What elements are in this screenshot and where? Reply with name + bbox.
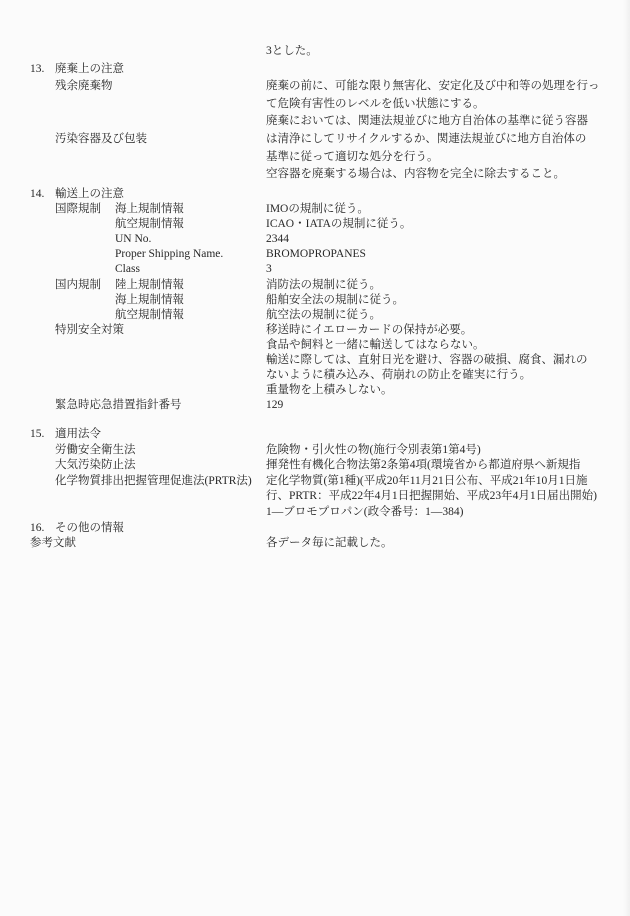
doc-line: 基準に従って適切な処分を行う。: [0, 151, 630, 169]
doc-line: 汚染容器及び包装 は清浄にしてリサイクルするか、関連法規並びに地方自治体の: [0, 133, 630, 151]
doc-line: 特別安全対策 移送時にイエローカードの保持が必要。: [0, 324, 630, 339]
value-sea-regulation-domestic: 船舶安全法の規制に従う。: [266, 294, 404, 308]
doc-line: 重量物を上積みしない。: [0, 384, 630, 399]
label-prtr-law: 化学物質排出把握管理促進法(PRTR法): [55, 475, 252, 489]
value-special-safety-measures: 移送時にイエローカードの保持が必要。: [266, 324, 472, 338]
label-special-safety-measures: 特別安全対策: [55, 324, 124, 338]
value-contaminated-container: は清浄にしてリサイクルするか、関連法規並びに地方自治体の: [266, 133, 586, 147]
doc-line: 16. その他の情報: [0, 522, 630, 538]
document-page: 3とした。 13. 廃棄上の注意 残余廃棄物 廃棄の前に、可能な限り無害化、安定…: [0, 0, 630, 916]
value-sea-regulation: IMOの規制に従う。: [266, 203, 369, 217]
value-air-pollution-control-law: 揮発性有機化合物法第2条第4項(環境省から都道府県へ新規指: [266, 459, 580, 473]
section-applicable-laws: 15. 適用法令 労働安全衛生法 危険物・引火性の物(施行令別表第1第4号) 大…: [0, 428, 630, 522]
label-residual-waste: 残余廃棄物: [55, 80, 113, 94]
value-contaminated-container: 空容器を廃棄する場合は、内容物を完全に除去すること。: [266, 168, 565, 182]
label-un-number: UN No.: [115, 233, 151, 247]
label-contaminated-container: 汚染容器及び包装: [55, 133, 147, 147]
section-16-number: 16.: [30, 522, 44, 536]
doc-line: 13. 廃棄上の注意: [0, 63, 630, 81]
value-references: 各データ毎に記載した。: [266, 537, 393, 551]
label-proper-shipping-name: Proper Shipping Name.: [115, 248, 223, 262]
doc-line: 大気汚染防止法 揮発性有機化合物法第2条第4項(環境省から都道府県へ新規指: [0, 459, 630, 475]
doc-line: UN No. 2344: [0, 233, 630, 248]
doc-line: 航空規制情報 航空法の規制に従う。: [0, 309, 630, 324]
document-body: 3とした。 13. 廃棄上の注意 残余廃棄物 廃棄の前に、可能な限り無害化、安定…: [0, 45, 630, 553]
label-air-regulation-info: 航空規制情報: [115, 309, 184, 323]
doc-line: 廃棄においては、関連法規並びに地方自治体の基準に従う容器: [0, 115, 630, 133]
value-prtr-law: 1―ブロモプロパン(政令番号：1―384): [266, 506, 463, 520]
doc-line: 残余廃棄物 廃棄の前に、可能な限り無害化、安定化及び中和等の処理を行っ: [0, 80, 630, 98]
section-13-number: 13.: [30, 63, 44, 77]
doc-line: Proper Shipping Name. BROMOPROPANES: [0, 248, 630, 263]
label-domestic-regulation: 国内規制: [55, 279, 101, 293]
doc-line: 化学物質排出把握管理促進法(PRTR法) 定化学物質(第1種)(平成20年11月…: [0, 475, 630, 491]
doc-line: 1―ブロモプロパン(政令番号：1―384): [0, 506, 630, 522]
value-class: 3: [266, 263, 272, 277]
label-references: 参考文献: [30, 537, 76, 551]
value-un-number: 2344: [266, 233, 289, 247]
value-prtr-law: 行、PRTR：平成22年4月1日把握開始、平成23年4月1日届出開始): [266, 490, 597, 504]
label-international-regulation: 国際規制: [55, 203, 101, 217]
doc-line: 15. 適用法令: [0, 428, 630, 444]
doc-line: 国際規制 海上規制情報 IMOの規制に従う。: [0, 203, 630, 218]
doc-line: 航空規制情報 ICAO・IATAの規制に従う。: [0, 218, 630, 233]
value-land-regulation: 消防法の規制に従う。: [266, 279, 381, 293]
section-14-number: 14.: [30, 188, 44, 202]
label-sea-regulation-info: 海上規制情報: [115, 203, 184, 217]
value-special-safety-measures: 重量物を上積みしない。: [266, 384, 393, 398]
section-spacer: [0, 414, 630, 428]
value-residual-waste: 廃棄の前に、可能な限り無害化、安定化及び中和等の処理を行っ: [266, 80, 600, 94]
section-15-title: 適用法令: [55, 428, 101, 442]
value-industrial-safety-health-law: 危険物・引火性の物(施行令別表第1第4号): [266, 444, 481, 458]
doc-line: ないように積み込み、荷崩れの防止を確実に行う。: [0, 369, 630, 384]
section-disposal: 3とした。 13. 廃棄上の注意 残余廃棄物 廃棄の前に、可能な限り無害化、安定…: [0, 45, 630, 186]
value-special-safety-measures: ないように積み込み、荷崩れの防止を確実に行う。: [266, 369, 531, 383]
value-special-safety-measures: 輸送に際しては、直射日光を避け、容器の破損、腐食、漏れの: [266, 354, 588, 368]
doc-line: Class 3: [0, 263, 630, 278]
doc-line: 食品や飼料と一緒に輸送してはならない。: [0, 339, 630, 354]
value-proper-shipping-name: BROMOPROPANES: [266, 248, 366, 262]
value-prtr-law: 定化学物質(第1種)(平成20年11月21日公布、平成21年10月1日施: [266, 475, 588, 489]
value-residual-waste: て危険有害性のレベルを低い状態にする。: [266, 98, 485, 112]
value-emergency-guide-number: 129: [266, 399, 283, 413]
doc-line: 輸送に際しては、直射日光を避け、容器の破損、腐食、漏れの: [0, 354, 630, 369]
value-special-safety-measures: 食品や飼料と一緒に輸送してはならない。: [266, 339, 485, 353]
label-land-regulation-info: 陸上規制情報: [115, 279, 184, 293]
label-air-regulation-info: 航空規制情報: [115, 218, 184, 232]
label-sea-regulation-info: 海上規制情報: [115, 294, 184, 308]
section-15-number: 15.: [30, 428, 44, 442]
doc-line: 14. 輸送上の注意: [0, 188, 630, 203]
doc-line: 緊急時応急措置指針番号 129: [0, 399, 630, 414]
value-residual-waste: 廃棄においては、関連法規並びに地方自治体の基準に従う容器: [266, 115, 588, 129]
doc-line: 空容器を廃棄する場合は、内容物を完全に除去すること。: [0, 168, 630, 186]
label-air-pollution-control-law: 大気汚染防止法: [55, 459, 136, 473]
doc-line: 国内規制 陸上規制情報 消防法の規制に従う。: [0, 279, 630, 294]
value-air-regulation-domestic: 航空法の規制に従う。: [266, 309, 381, 323]
doc-line: て危険有害性のレベルを低い状態にする。: [0, 98, 630, 116]
section-13-title: 廃棄上の注意: [55, 63, 124, 77]
doc-line: 参考文献 各データ毎に記載した。: [0, 537, 630, 553]
label-class: Class: [115, 263, 140, 277]
label-industrial-safety-health-law: 労働安全衛生法: [55, 444, 136, 458]
section-transport: 14. 輸送上の注意 国際規制 海上規制情報 IMOの規制に従う。 航空規制情報…: [0, 188, 630, 414]
value-air-regulation: ICAO・IATAの規制に従う。: [266, 218, 411, 232]
doc-line: 3とした。: [0, 45, 630, 63]
section-16-title: その他の情報: [55, 522, 124, 536]
continuation-text: 3とした。: [266, 45, 318, 59]
section-14-title: 輸送上の注意: [55, 188, 124, 202]
section-other-info: 16. その他の情報 参考文献 各データ毎に記載した。: [0, 522, 630, 553]
doc-line: 労働安全衛生法 危険物・引火性の物(施行令別表第1第4号): [0, 444, 630, 460]
doc-line: 海上規制情報 船舶安全法の規制に従う。: [0, 294, 630, 309]
doc-line: 行、PRTR：平成22年4月1日把握開始、平成23年4月1日届出開始): [0, 490, 630, 506]
value-contaminated-container: 基準に従って適切な処分を行う。: [266, 151, 439, 165]
label-emergency-guide-number: 緊急時応急措置指針番号: [55, 399, 182, 413]
